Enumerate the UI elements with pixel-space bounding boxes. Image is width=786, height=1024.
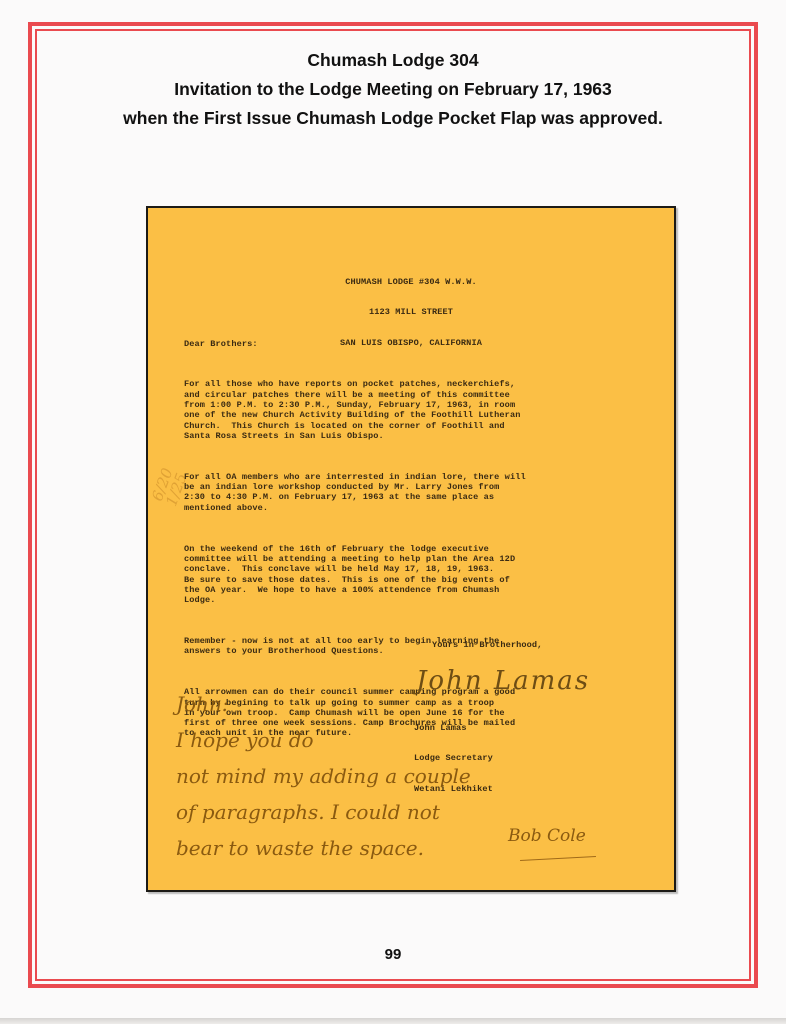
heading-caption: when the First Issue Chumash Lodge Pocke… bbox=[0, 104, 786, 133]
heading-subtitle: Invitation to the Lodge Meeting on Febru… bbox=[0, 75, 786, 104]
letterhead-org: CHUMASH LODGE #304 W.W.W. bbox=[148, 277, 674, 287]
paragraph-indian-lore: For all OA members who are interrested i… bbox=[184, 472, 526, 513]
salutation: Dear Brothers: bbox=[184, 339, 526, 349]
handwritten-signature: Bob Cole bbox=[508, 826, 586, 846]
handwritten-note: John: I hope you do not mind my adding a… bbox=[176, 686, 471, 866]
paragraph-conclave: On the weekend of the 16th of February t… bbox=[184, 544, 526, 606]
handwritten-underline bbox=[520, 856, 596, 861]
letterhead-street: 1123 MILL STREET bbox=[148, 307, 674, 317]
page-bottom-edge bbox=[0, 1018, 786, 1024]
heading-title: Chumash Lodge 304 bbox=[0, 46, 786, 75]
scanned-letter: CHUMASH LODGE #304 W.W.W. 1123 MILL STRE… bbox=[146, 206, 676, 892]
closing: Yours in Brotherhood, bbox=[432, 640, 542, 650]
page-number: 99 bbox=[0, 946, 786, 963]
page-heading: Chumash Lodge 304 Invitation to the Lodg… bbox=[0, 46, 786, 133]
paragraph-committee-meeting: For all those who have reports on pocket… bbox=[184, 379, 526, 441]
